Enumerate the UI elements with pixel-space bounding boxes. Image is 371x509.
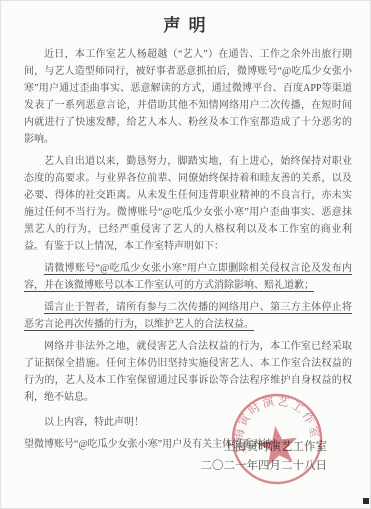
signature-date: 二〇二一年四月二十八日 xyxy=(201,457,328,476)
legal-paragraph: 网络并非法外之地，就侵害艺人合法权益的行为，本工作室已经采取了证据保全措施。任何… xyxy=(24,338,352,406)
demand-paragraph-2: 谣言止于智者，请所有参与二次传播的网络用户、第三方主体停止将恶劣言论再次传播的行… xyxy=(24,299,352,333)
statement-title: 声 明 xyxy=(1,11,370,36)
scan-corner-artifact xyxy=(363,498,369,504)
demand-paragraph-1: 请微博账号“@吃瓜少女张小寒”用户立即删除相关侵权言论及发布内容，并在该微博账号… xyxy=(24,260,352,294)
statement-document: 声 明 近日，本工作室艺人杨超越（“艺人”）在通告、工作之余外出旅行期间，与艺人… xyxy=(0,0,371,509)
signature-studio-name: 上海寅时演艺工作室 xyxy=(201,438,328,457)
signature-block: 上海寅时演艺工作室 二〇二一年四月二十八日 xyxy=(201,438,328,476)
closing-line: 以上内容，特此声明！ xyxy=(24,414,352,431)
intro-paragraph: 近日，本工作室艺人杨超越（“艺人”）在通告、工作之余外出旅行期间，与艺人造型师同… xyxy=(24,46,352,148)
background-paragraph: 艺人自出道以来，勤恳努力，脚踏实地，有上进心，始终保持对职业态度的高要求。与业界… xyxy=(24,153,352,255)
statement-body: 近日，本工作室艺人杨超越（“艺人”）在通告、工作之余外出旅行期间，与艺人造型师同… xyxy=(1,46,370,453)
